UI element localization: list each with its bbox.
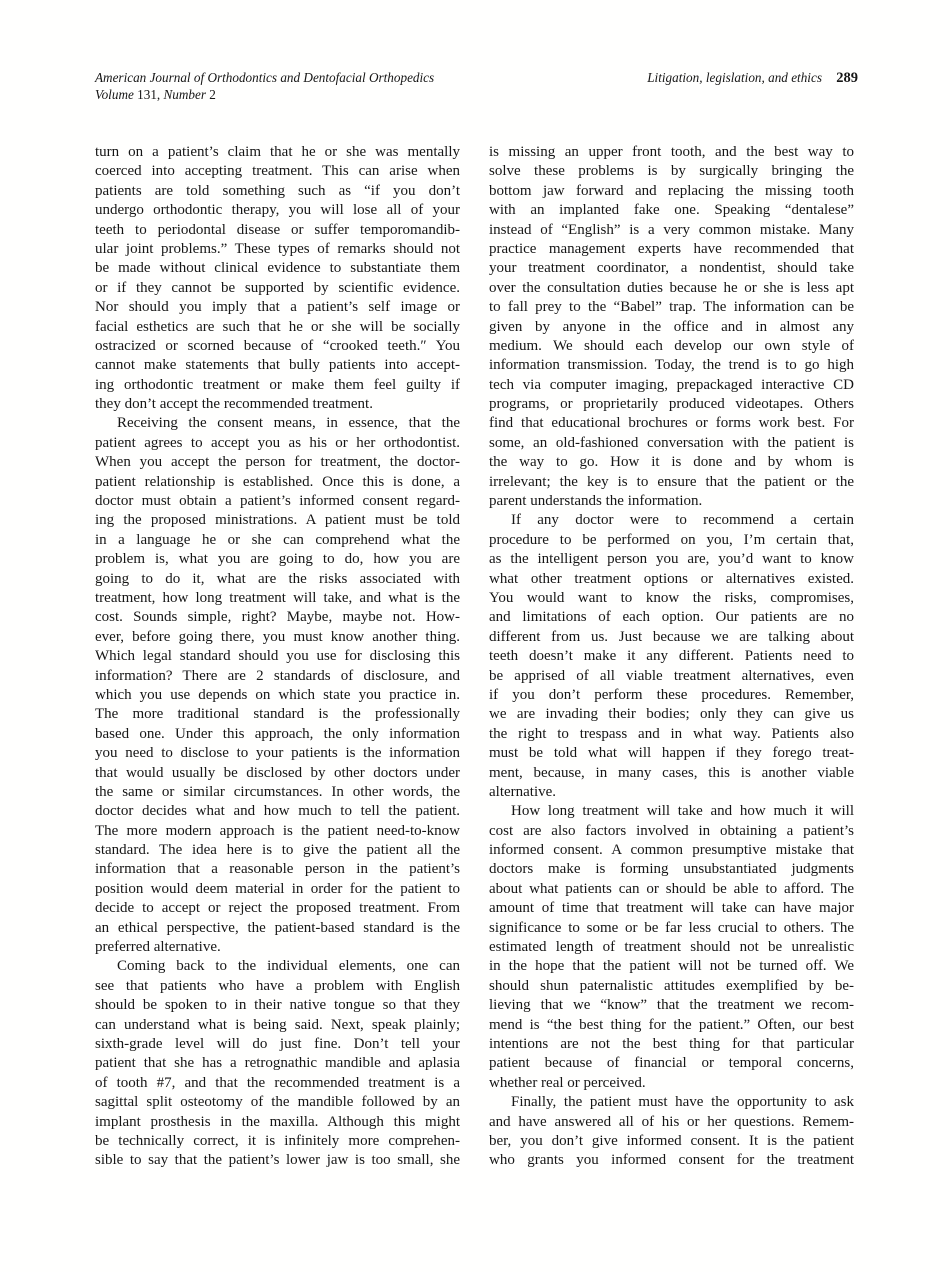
text-line: lieving that we “know” that the treatmen…: [489, 996, 854, 1015]
text-line: that would usually be disclosed by other…: [95, 764, 460, 783]
text-line: solve these problems is by surgically br…: [489, 162, 854, 181]
text-line: procedure to be performed on you, I’m ce…: [489, 531, 854, 550]
text-line: the right to trespass and in what way. P…: [489, 725, 854, 744]
text-line: find that educational brochures or forms…: [489, 414, 854, 433]
text-line: The more modern approach is the patient …: [95, 822, 460, 841]
text-line: Finally, the patient must have the oppor…: [489, 1093, 854, 1112]
text-line: in the hope that the patient will not be…: [489, 957, 854, 976]
text-line: ber, you don’t give informed consent. It…: [489, 1132, 854, 1151]
text-line: doctors make is forming unsubstantiated …: [489, 860, 854, 879]
text-line: problem is, what you are going to do, ho…: [95, 550, 460, 569]
text-line: Which legal standard should you use for …: [95, 647, 460, 666]
text-line: Receiving the consent means, in essence,…: [95, 414, 460, 433]
text-line: intentions are not the best thing for th…: [489, 1035, 854, 1054]
text-column-right: is missing an upper front tooth, and the…: [489, 143, 854, 1171]
text-line: ment, because, in many cases, this is an…: [489, 764, 854, 783]
text-line: with an implanted fake one. Speaking “de…: [489, 201, 854, 220]
text-line: you need to disclose to your patients is…: [95, 744, 460, 763]
text-line: your treatment coordinator, a nondentist…: [489, 259, 854, 278]
text-line: they don’t accept the recommended treatm…: [95, 395, 460, 414]
text-line: the way to go. How it is done and by who…: [489, 453, 854, 472]
paragraph: turn on a patient’s claim that he or she…: [95, 143, 460, 414]
text-line: How long treatment will take and how muc…: [489, 802, 854, 821]
text-line: instead of “English” is a very common mi…: [489, 221, 854, 240]
text-line: irrelevant; the key is to ensure that th…: [489, 473, 854, 492]
text-line: what other treatment options or alternat…: [489, 570, 854, 589]
text-line: tech via computer imaging, prepackaged i…: [489, 376, 854, 395]
text-line: facial esthetics are such that he or she…: [95, 318, 460, 337]
text-line: to fall prey to the “Babel” trap. The in…: [489, 298, 854, 317]
text-line: implant prosthesis in the maxilla. Altho…: [95, 1113, 460, 1132]
text-line: see that patients who have a problem wit…: [95, 977, 460, 996]
paragraph: Coming back to the individual elements, …: [95, 957, 460, 1170]
text-line: information transmission. Today, the tre…: [489, 356, 854, 375]
text-line: sixth-grade level will do just fine. Don…: [95, 1035, 460, 1054]
paragraph: If any doctor were to recommend a certai…: [489, 511, 854, 802]
text-line: patient relationship is established. Onc…: [95, 473, 460, 492]
text-line: ular joint problems.” These types of rem…: [95, 240, 460, 259]
text-line: doctor decides what and how much to tell…: [95, 802, 460, 821]
text-line: sible to say that the patient’s lower ja…: [95, 1151, 460, 1170]
text-line: You would want to know the risks, compro…: [489, 589, 854, 608]
text-line: patient agrees to accept you as his or h…: [95, 434, 460, 453]
text-line: Nor should you imply that a patient’s se…: [95, 298, 460, 317]
text-line: we are invading their bodies; only they …: [489, 705, 854, 724]
text-line: mend is “the best thing for the patient.…: [489, 1016, 854, 1035]
text-line: teeth doesn’t make it any different. Pat…: [489, 647, 854, 666]
text-line: coerced into accepting treatment. This c…: [95, 162, 460, 181]
text-line: the same or similar circumstances. In ot…: [95, 783, 460, 802]
text-line: is missing an upper front tooth, and the…: [489, 143, 854, 162]
text-column-left: turn on a patient’s claim that he or she…: [95, 143, 460, 1171]
text-line: ever, before going there, you must know …: [95, 628, 460, 647]
text-line: as the intelligent person you are, you’d…: [489, 550, 854, 569]
text-line: alternative.: [489, 783, 854, 802]
text-line: decide to accept or reject the proposed …: [95, 899, 460, 918]
text-line: ing orthodontic treatment or make them f…: [95, 376, 460, 395]
text-line: and limitations of each option. Our pati…: [489, 608, 854, 627]
text-line: cost are also factors involved in obtain…: [489, 822, 854, 841]
text-line: preferred alternative.: [95, 938, 460, 957]
text-line: over the consultation duties because he …: [489, 279, 854, 298]
text-line: The more traditional standard is the pro…: [95, 705, 460, 724]
volume-line: Volume 131, Number 2: [95, 86, 434, 103]
article-body: turn on a patient’s claim that he or she…: [95, 143, 854, 1171]
text-line: about what patients can or should be abl…: [489, 880, 854, 899]
text-line: patients are told something such as “if …: [95, 182, 460, 201]
text-line: information that a reasonable person in …: [95, 860, 460, 879]
text-line: amount of time that treatment will take …: [489, 899, 854, 918]
paragraph: is missing an upper front tooth, and the…: [489, 143, 854, 511]
text-line: can understand what is being said. Next,…: [95, 1016, 460, 1035]
text-line: going to do it, what are the risks assoc…: [95, 570, 460, 589]
text-line: ing the proposed ministrations. A patien…: [95, 511, 460, 530]
running-head: American Journal of Orthodontics and Den…: [95, 69, 858, 103]
text-line: doctor must obtain a patient’s informed …: [95, 492, 460, 511]
text-line: sagittal split osteotomy of the mandible…: [95, 1093, 460, 1112]
text-line: be made without clinical evidence to sub…: [95, 259, 460, 278]
article-title: Litigation, legislation, and ethics: [647, 70, 822, 85]
text-line: whether real or perceived.: [489, 1074, 854, 1093]
text-line: position would deem material in order fo…: [95, 880, 460, 899]
text-line: of tooth #7, and that the recommended tr…: [95, 1074, 460, 1093]
text-line: be technically correct, it is infinitely…: [95, 1132, 460, 1151]
text-line: who grants you informed consent for the …: [489, 1151, 854, 1170]
text-line: some, an old-fashioned conversation with…: [489, 434, 854, 453]
running-head-right: Litigation, legislation, and ethics 289: [647, 69, 858, 87]
text-line: patient that she has a retrognathic mand…: [95, 1054, 460, 1073]
text-line: If any doctor were to recommend a certai…: [489, 511, 854, 530]
text-line: different from us. Just because we are t…: [489, 628, 854, 647]
text-line: Coming back to the individual elements, …: [95, 957, 460, 976]
text-line: cannot make statements that bully patien…: [95, 356, 460, 375]
text-line: When you accept the person for treatment…: [95, 453, 460, 472]
text-line: programs, or proprietarily produced vide…: [489, 395, 854, 414]
text-line: patient because of financial or temporal…: [489, 1054, 854, 1073]
text-line: which you use depends on which state you…: [95, 686, 460, 705]
text-line: in a language he or she can comprehend w…: [95, 531, 460, 550]
text-line: teeth to periodontal disease or suffer t…: [95, 221, 460, 240]
text-line: medium. We should each develop our own s…: [489, 337, 854, 356]
journal-page: American Journal of Orthodontics and Den…: [0, 0, 950, 1272]
text-line: treatment, how long treatment will take,…: [95, 589, 460, 608]
text-line: practice management experts have recomme…: [489, 240, 854, 259]
text-line: significance to some or be far less cruc…: [489, 919, 854, 938]
text-line: based one. Under this approach, the only…: [95, 725, 460, 744]
text-line: given by anyone in the office and in alm…: [489, 318, 854, 337]
paragraph: Finally, the patient must have the oppor…: [489, 1093, 854, 1171]
text-line: should be spoken to in their native tong…: [95, 996, 460, 1015]
text-line: informed consent. A common presumptive m…: [489, 841, 854, 860]
text-line: standard. The idea here is to give the p…: [95, 841, 460, 860]
text-line: ostracized or scorned because of “crooke…: [95, 337, 460, 356]
paragraph: How long treatment will take and how muc…: [489, 802, 854, 1093]
text-line: undergo orthodontic therapy, you will lo…: [95, 201, 460, 220]
text-line: or if they cannot be supported by scient…: [95, 279, 460, 298]
paragraph: Receiving the consent means, in essence,…: [95, 414, 460, 957]
text-line: parent understands the information.: [489, 492, 854, 511]
journal-title: American Journal of Orthodontics and Den…: [95, 69, 434, 86]
text-line: should shun paternalistic attitudes exem…: [489, 977, 854, 996]
page-number: 289: [836, 70, 858, 86]
text-line: cost. Sounds simple, right? Maybe, maybe…: [95, 608, 460, 627]
running-head-left: American Journal of Orthodontics and Den…: [95, 69, 434, 103]
text-line: turn on a patient’s claim that he or she…: [95, 143, 460, 162]
text-line: and have answered all of his or her ques…: [489, 1113, 854, 1132]
text-line: must be told what will happen if they fo…: [489, 744, 854, 763]
text-line: if you don’t perform these procedures. R…: [489, 686, 854, 705]
text-line: be apprised of all viable treatment alte…: [489, 667, 854, 686]
text-line: an ethical perspective, the patient-base…: [95, 919, 460, 938]
text-line: bottom jaw forward and replacing the mis…: [489, 182, 854, 201]
text-line: estimated length of treatment should not…: [489, 938, 854, 957]
text-line: information? There are 2 standards of di…: [95, 667, 460, 686]
